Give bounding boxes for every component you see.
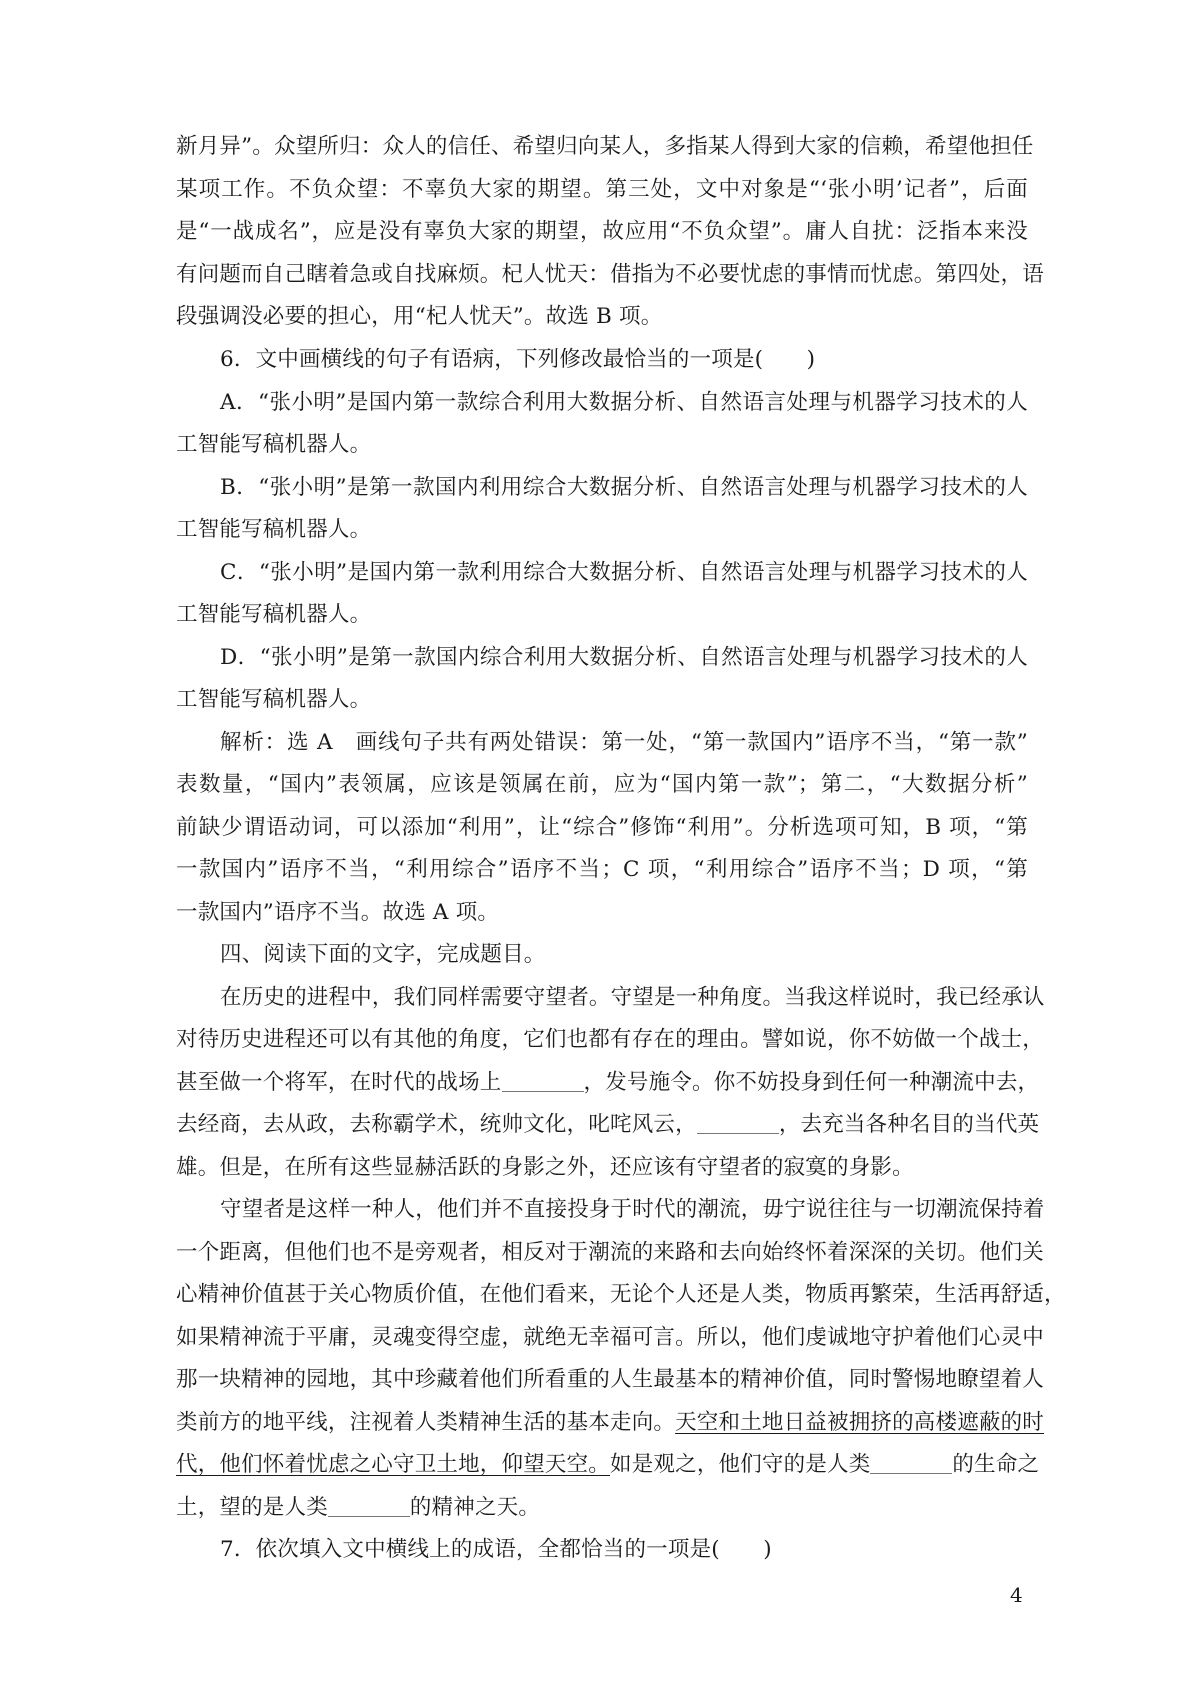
passage-line: 在历史的进程中，我们同样需要守望者。守望是一种角度。当我这样说时，我已经承认 [220,983,1028,1013]
passage-line: 类前方的地平线，注视着人类精神生活的基本走向。天空和土地日益被拥挤的高楼遮蔽的时 [176,1408,1028,1438]
option-a-cont: 工智能写稿机器人。 [176,430,1028,460]
text-span: 去经商，去从政，去称霸学术，统帅文化，叱咤风云， [176,1112,697,1137]
page-number: 4 [1010,1583,1023,1607]
passage-line: 甚至做一个将军，在时代的战场上，发号施令。你不妨投身到任何一种潮流中去， [176,1068,1028,1098]
passage-line: 心精神价值甚于关心物质价值，在他们看来，无论个人还是人类，物质再繁荣，生活再舒适… [176,1280,1028,1310]
passage-line: 代，他们怀着忧虑之心守卫土地，仰望天空。如是观之，他们守的是人类的生命之 [176,1450,1028,1480]
text-span: 甚至做一个将军，在时代的战场上 [176,1070,502,1095]
analysis: 解析：选 A 画线句子共有两处错误：第一处，“第一款国内”语序不当，“第一款” [220,728,1028,758]
underlined-sentence: 代，他们怀着忧虑之心守卫土地，仰望天空。 [176,1452,610,1477]
passage-line: 土，望的是人类的精神之天。 [176,1493,1028,1523]
text-line: 一款国内”语序不当，“利用综合”语序不当；C 项，“利用综合”语序不当；D 项，… [176,855,1028,885]
text-span: 如是观之，他们守的是人类 [610,1452,870,1477]
text-span: 的精神之天。 [410,1495,540,1520]
option-b: B．“张小明”是第一款国内利用综合大数据分析、自然语言处理与机器学习技术的人 [220,473,1028,503]
option-c-cont: 工智能写稿机器人。 [176,600,1028,630]
option-d-cont: 工智能写稿机器人。 [176,685,1028,715]
text-span: ，发号施令。你不妨投身到任何一种潮流中去， [584,1070,1040,1095]
text-line: 某项工作。不负众望：不辜负大家的期望。第三处，文中对象是“‘张小明’记者”，后面 [176,175,1028,205]
passage-line: 对待历史进程还可以有其他的角度，它们也都有存在的理由。譬如说，你不妨做一个战士， [176,1025,1028,1055]
section-heading: 四、阅读下面的文字，完成题目。 [220,940,1028,970]
underlined-sentence: 天空和土地日益被拥挤的高楼遮蔽的时 [675,1410,1044,1435]
text-span: 的生命之 [952,1452,1039,1477]
text-span: 土，望的是人类 [176,1495,328,1520]
text-line: 是“一战成名”，应是没有辜负大家的期望，故应用“不负众望”。庸人自扰：泛指本来没 [176,217,1028,247]
text-line: 段强调没必要的担心，用“杞人忧天”。故选 B 项。 [176,302,1028,332]
text-line: 一款国内”语序不当。故选 A 项。 [176,898,1028,928]
fill-blank [870,1451,952,1474]
fill-blank [502,1069,584,1092]
text-line: 新月异”。众望所归：众人的信任、希望归向某人，多指某人得到大家的信赖，希望他担任 [176,132,1028,162]
question-7: 7．依次填入文中横线上的成语，全都恰当的一项是( ) [220,1535,1028,1565]
passage-line: 雄。但是，在所有这些显赫活跃的身影之外，还应该有守望者的寂寞的身影。 [176,1153,1028,1183]
option-a: A．“张小明”是国内第一款综合利用大数据分析、自然语言处理与机器学习技术的人 [220,388,1028,418]
option-c: C．“张小明”是国内第一款利用综合大数据分析、自然语言处理与机器学习技术的人 [220,558,1028,588]
fill-blank [328,1494,410,1517]
question-6: 6．文中画横线的句子有语病，下列修改最恰当的一项是( ) [220,345,1028,375]
text-span: ，去充当各种名目的当代英 [779,1112,1039,1137]
fill-blank [697,1111,779,1134]
option-d: D．“张小明”是第一款国内综合利用大数据分析、自然语言处理与机器学习技术的人 [220,643,1028,673]
passage-line: 那一块精神的园地，其中珍藏着他们所看重的人生最基本的精神价值，同时警惕地瞭望着人 [176,1365,1028,1395]
text-line: 前缺少谓语动词，可以添加“利用”，让“综合”修饰“利用”。分析选项可知，B 项，… [176,813,1028,843]
document-page: 新月异”。众望所归：众人的信任、希望归向某人，多指某人得到大家的信赖，希望他担任… [0,0,1200,1698]
option-b-cont: 工智能写稿机器人。 [176,515,1028,545]
passage-line: 如果精神流于平庸，灵魂变得空虚，就绝无幸福可言。所以，他们虔诚地守护着他们心灵中 [176,1323,1028,1353]
passage-line: 一个距离，但他们也不是旁观者，相反对于潮流的来路和去向始终怀着深深的关切。他们关 [176,1238,1028,1268]
text-line: 有问题而自己瞎着急或自找麻烦。杞人忧天：借指为不必要忧虑的事情而忧虑。第四处，语 [176,260,1028,290]
text-line: 表数量，“国内”表领属，应该是领属在前，应为“国内第一款”；第二，“大数据分析” [176,770,1028,800]
text-span: 类前方的地平线，注视着人类精神生活的基本走向。 [176,1410,675,1435]
passage-line: 去经商，去从政，去称霸学术，统帅文化，叱咤风云，，去充当各种名目的当代英 [176,1110,1028,1140]
passage-line: 守望者是这样一种人，他们并不直接投身于时代的潮流，毋宁说往往与一切潮流保持着 [220,1195,1028,1225]
